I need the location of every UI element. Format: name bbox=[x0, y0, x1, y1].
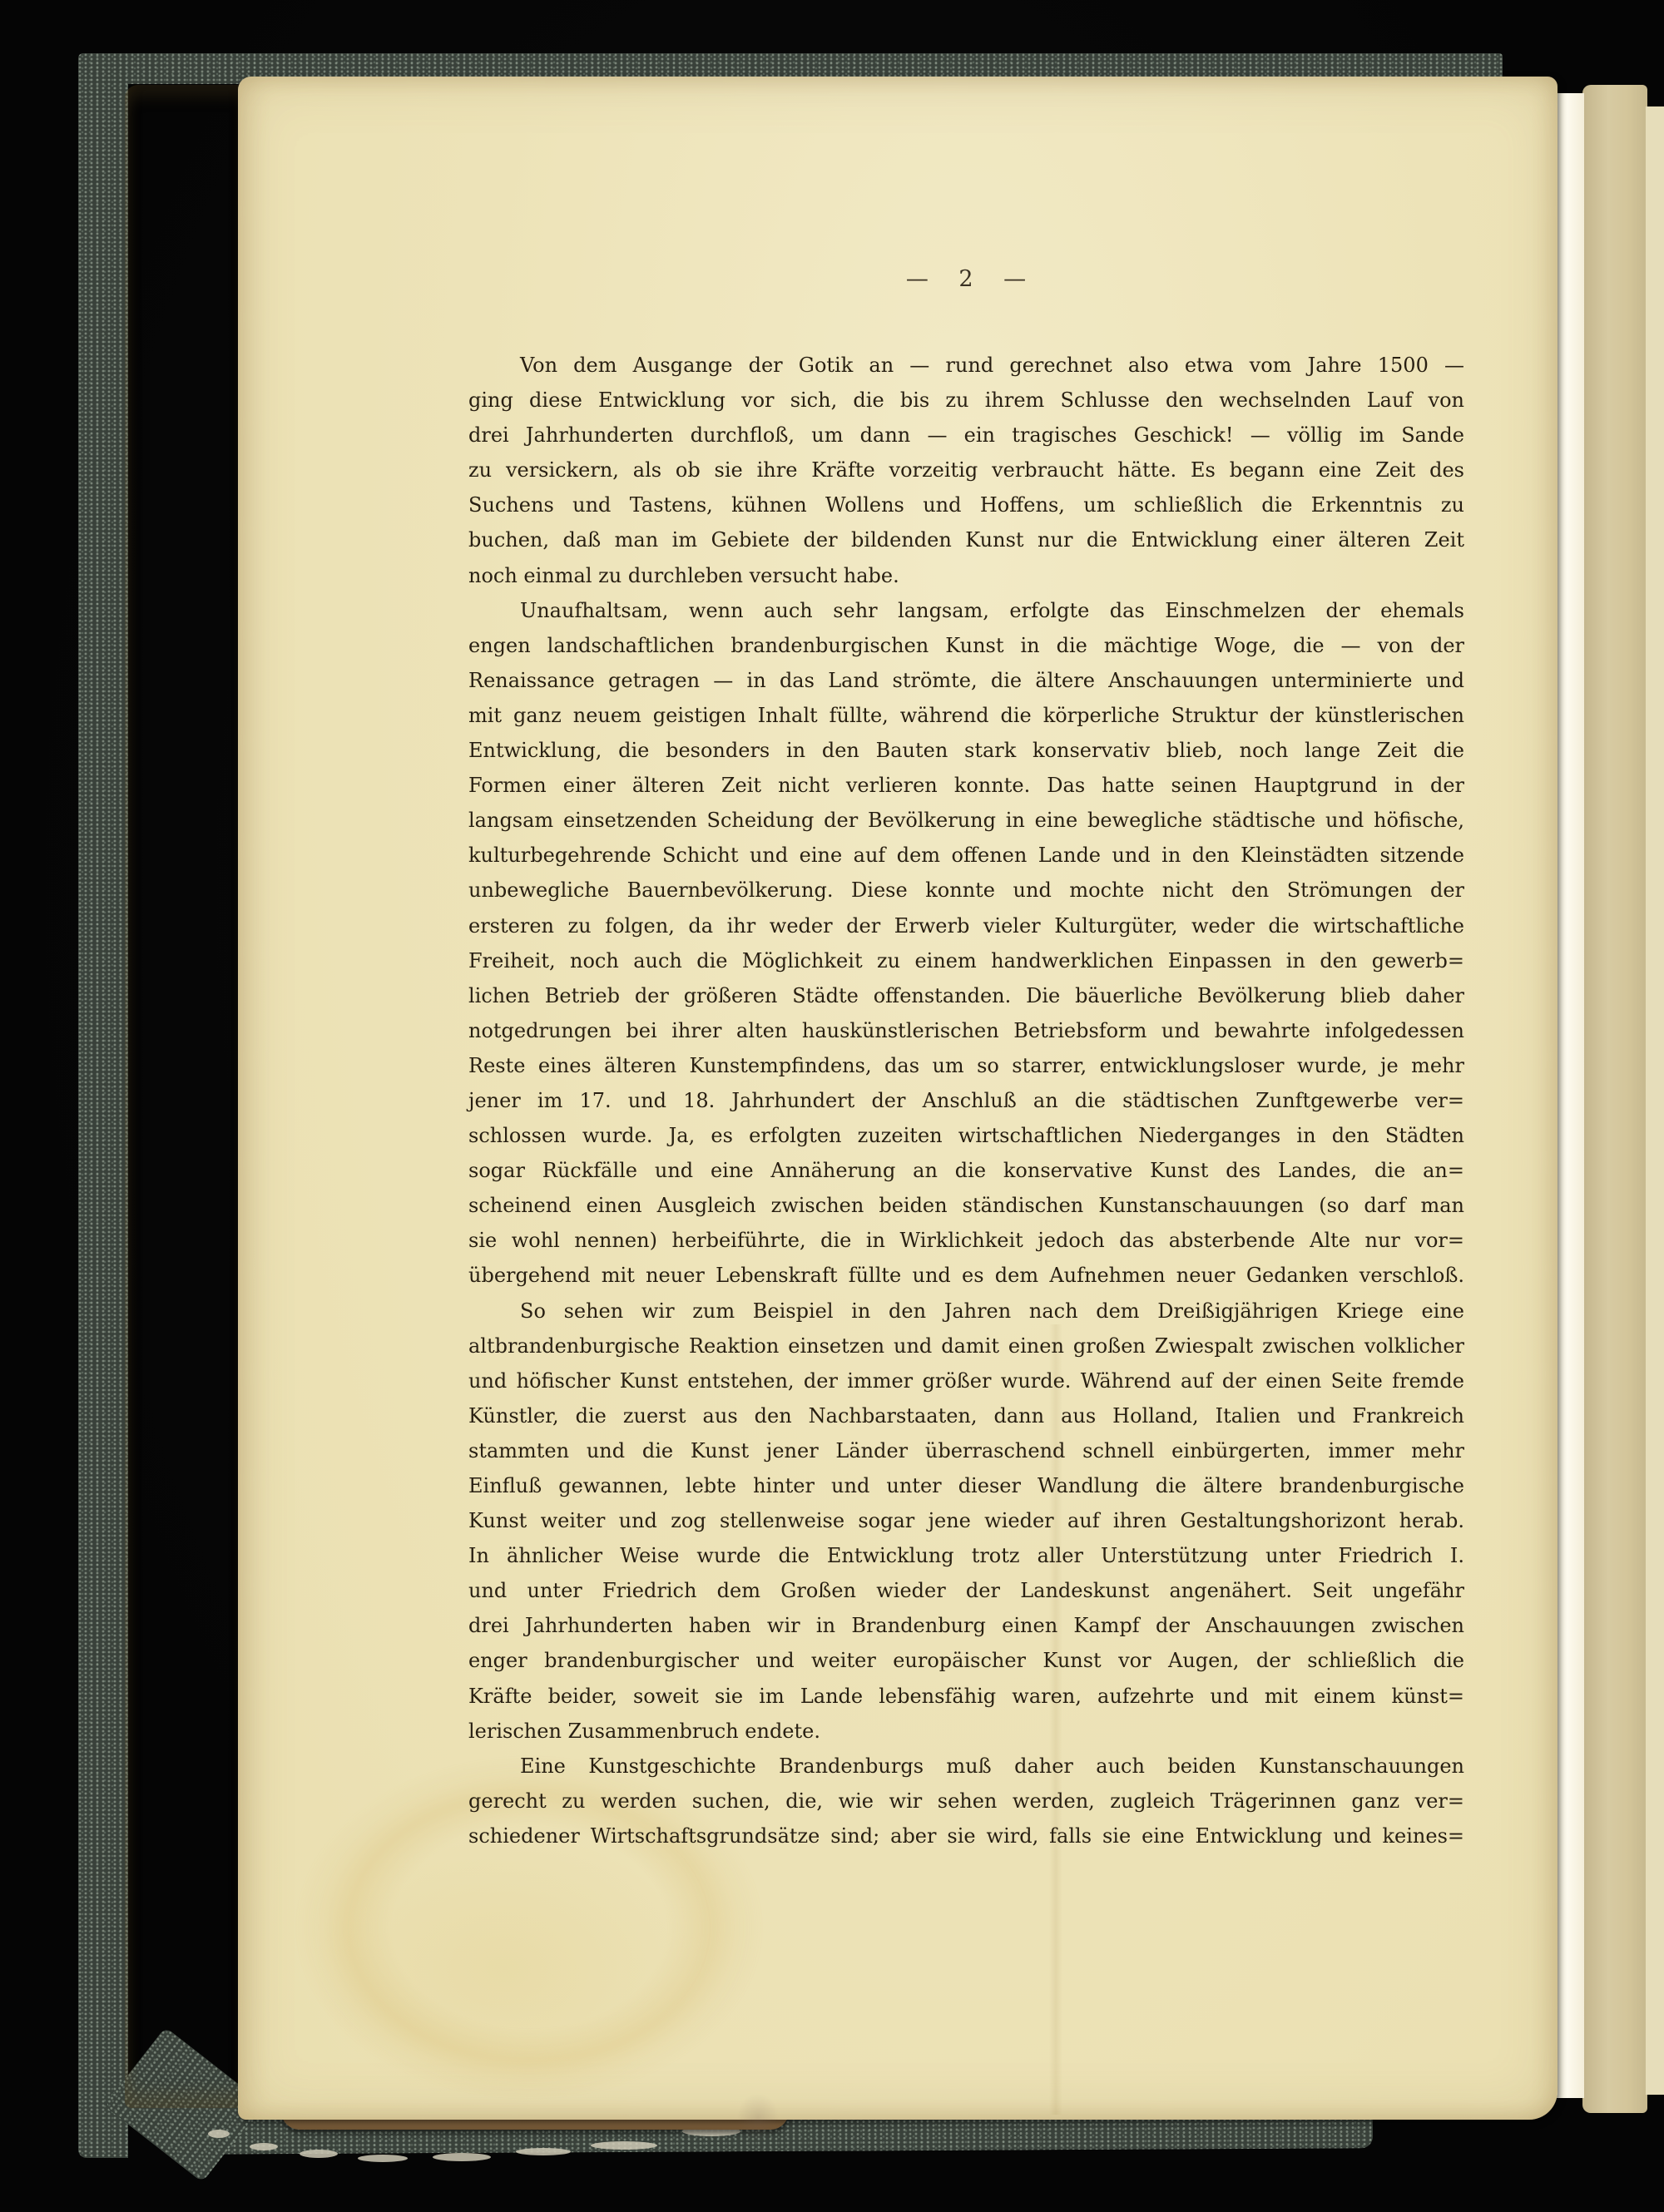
text-line: und unter Friedrich dem Großen wieder de… bbox=[468, 1573, 1464, 1608]
text-line: altbrandenburgische Reaktion einsetzen u… bbox=[468, 1329, 1464, 1363]
text-line: sie wohl nennen) herbeiführte, die in Wi… bbox=[468, 1223, 1464, 1258]
text-line: Unaufhaltsam, wenn auch sehr langsam, er… bbox=[468, 593, 1464, 628]
frayed-thread bbox=[516, 2148, 571, 2155]
paragraph: Unaufhaltsam, wenn auch sehr langsam, er… bbox=[468, 593, 1464, 1294]
text-line: Renaissance getragen — in das Land ström… bbox=[468, 663, 1464, 698]
text-line: unbewegliche Bauernbevölkerung. Diese ko… bbox=[468, 873, 1464, 908]
text-line: So sehen wir zum Beispiel in den Jahren … bbox=[468, 1294, 1464, 1329]
text-line: Eine Kunstgeschichte Brandenburgs muß da… bbox=[468, 1749, 1464, 1784]
text-line: jener im 17. und 18. Jahrhundert der Ans… bbox=[468, 1083, 1464, 1118]
text-line: drei Jahrhunderten durchfloß, um dann — … bbox=[468, 418, 1464, 453]
book-page: — 2 — Von dem Ausgange der Gotik an — ru… bbox=[238, 77, 1558, 2120]
text-line: ging diese Entwicklung vor sich, die bis… bbox=[468, 383, 1464, 418]
text-line: Von dem Ausgange der Gotik an — rund ger… bbox=[468, 348, 1464, 383]
text-line: Einfluß gewannen, lebte hinter und unter… bbox=[468, 1468, 1464, 1503]
page-stack-left-edge bbox=[125, 85, 246, 2108]
text-line: sogar Rückfälle und eine Annäherung an d… bbox=[468, 1153, 1464, 1188]
text-line: Reste eines älteren Kunstempfindens, das… bbox=[468, 1048, 1464, 1083]
text-line: übergehend mit neuer Lebenskraft füllte … bbox=[468, 1258, 1464, 1293]
text-line: gerecht zu werden suchen, die, wie wir s… bbox=[468, 1784, 1464, 1819]
text-line: Suchens und Tastens, kühnen Wollens und … bbox=[468, 487, 1464, 522]
text-line: schlossen wurde. Ja, es erfolgten zuzeit… bbox=[468, 1118, 1464, 1153]
frayed-thread bbox=[300, 2150, 338, 2158]
text-block: Von dem Ausgange der Gotik an — rund ger… bbox=[468, 348, 1464, 1853]
far-right-page-edge bbox=[1646, 106, 1664, 2095]
text-line: ersteren zu folgen, da ihr weder der Erw… bbox=[468, 908, 1464, 943]
text-line: und höfischer Kunst entstehen, der immer… bbox=[468, 1363, 1464, 1398]
water-stain-wash bbox=[313, 1832, 696, 2106]
text-line: engen landschaftlichen brandenburgischen… bbox=[468, 628, 1464, 663]
text-line: scheinend einen Ausgleich zwischen beide… bbox=[468, 1188, 1464, 1223]
text-line: Freiheit, noch auch die Möglichkeit zu e… bbox=[468, 943, 1464, 978]
text-line: Kunst weiter und zog stellenweise sogar … bbox=[468, 1503, 1464, 1538]
text-line: enger brandenburgischer und weiter europ… bbox=[468, 1643, 1464, 1678]
text-line: schiedener Wirtschaftsgrundsätze sind; a… bbox=[468, 1819, 1464, 1853]
text-line: lerischen Zusammenbruch endete. bbox=[468, 1714, 1464, 1749]
text-line: lichen Betrieb der größeren Städte offen… bbox=[468, 978, 1464, 1013]
text-line: Künstler, die zuerst aus den Nachbarstaa… bbox=[468, 1398, 1464, 1433]
text-line: Kräfte beider, soweit sie im Lande leben… bbox=[468, 1679, 1464, 1714]
book-cover-cloth-left bbox=[78, 53, 128, 2158]
frayed-thread bbox=[591, 2141, 657, 2150]
text-line: kulturbegehrende Schicht und eine auf de… bbox=[468, 838, 1464, 873]
frayed-thread bbox=[208, 2130, 230, 2138]
text-line: mit ganz neuem geistigen Inhalt füllte, … bbox=[468, 698, 1464, 733]
text-line: langsam einsetzenden Scheidung der Bevöl… bbox=[468, 803, 1464, 838]
text-line: drei Jahrhunderten haben wir in Brandenb… bbox=[468, 1608, 1464, 1643]
text-line: Entwicklung, die besonders in den Bauten… bbox=[468, 733, 1464, 768]
scanned-book-photo: — 2 — Von dem Ausgange der Gotik an — ru… bbox=[0, 0, 1664, 2212]
paragraph: So sehen wir zum Beispiel in den Jahren … bbox=[468, 1294, 1464, 1749]
text-line: notgedrungen bei ihrer alten hauskünstle… bbox=[468, 1013, 1464, 1048]
next-page-edge-highlight bbox=[1554, 93, 1584, 2098]
paragraph: Von dem Ausgange der Gotik an — rund ger… bbox=[468, 348, 1464, 593]
text-line: Formen einer älteren Zeit nicht verliere… bbox=[468, 768, 1464, 803]
text-line: buchen, daß man im Gebiete der bildenden… bbox=[468, 522, 1464, 557]
text-line: stammten und die Kunst jener Länder über… bbox=[468, 1433, 1464, 1468]
paragraph: Eine Kunstgeschichte Brandenburgs muß da… bbox=[468, 1749, 1464, 1853]
text-line: zu versickern, als ob sie ihre Kräfte vo… bbox=[468, 453, 1464, 487]
frayed-thread bbox=[250, 2143, 278, 2150]
frayed-thread bbox=[358, 2155, 408, 2162]
page-number: — 2 — bbox=[468, 266, 1464, 292]
next-pages-edge bbox=[1582, 85, 1647, 2113]
text-line: noch einmal zu durchleben versucht habe. bbox=[468, 558, 1464, 593]
text-line: In ähnlicher Weise wurde die Entwicklung… bbox=[468, 1538, 1464, 1573]
frayed-thread bbox=[433, 2153, 491, 2161]
